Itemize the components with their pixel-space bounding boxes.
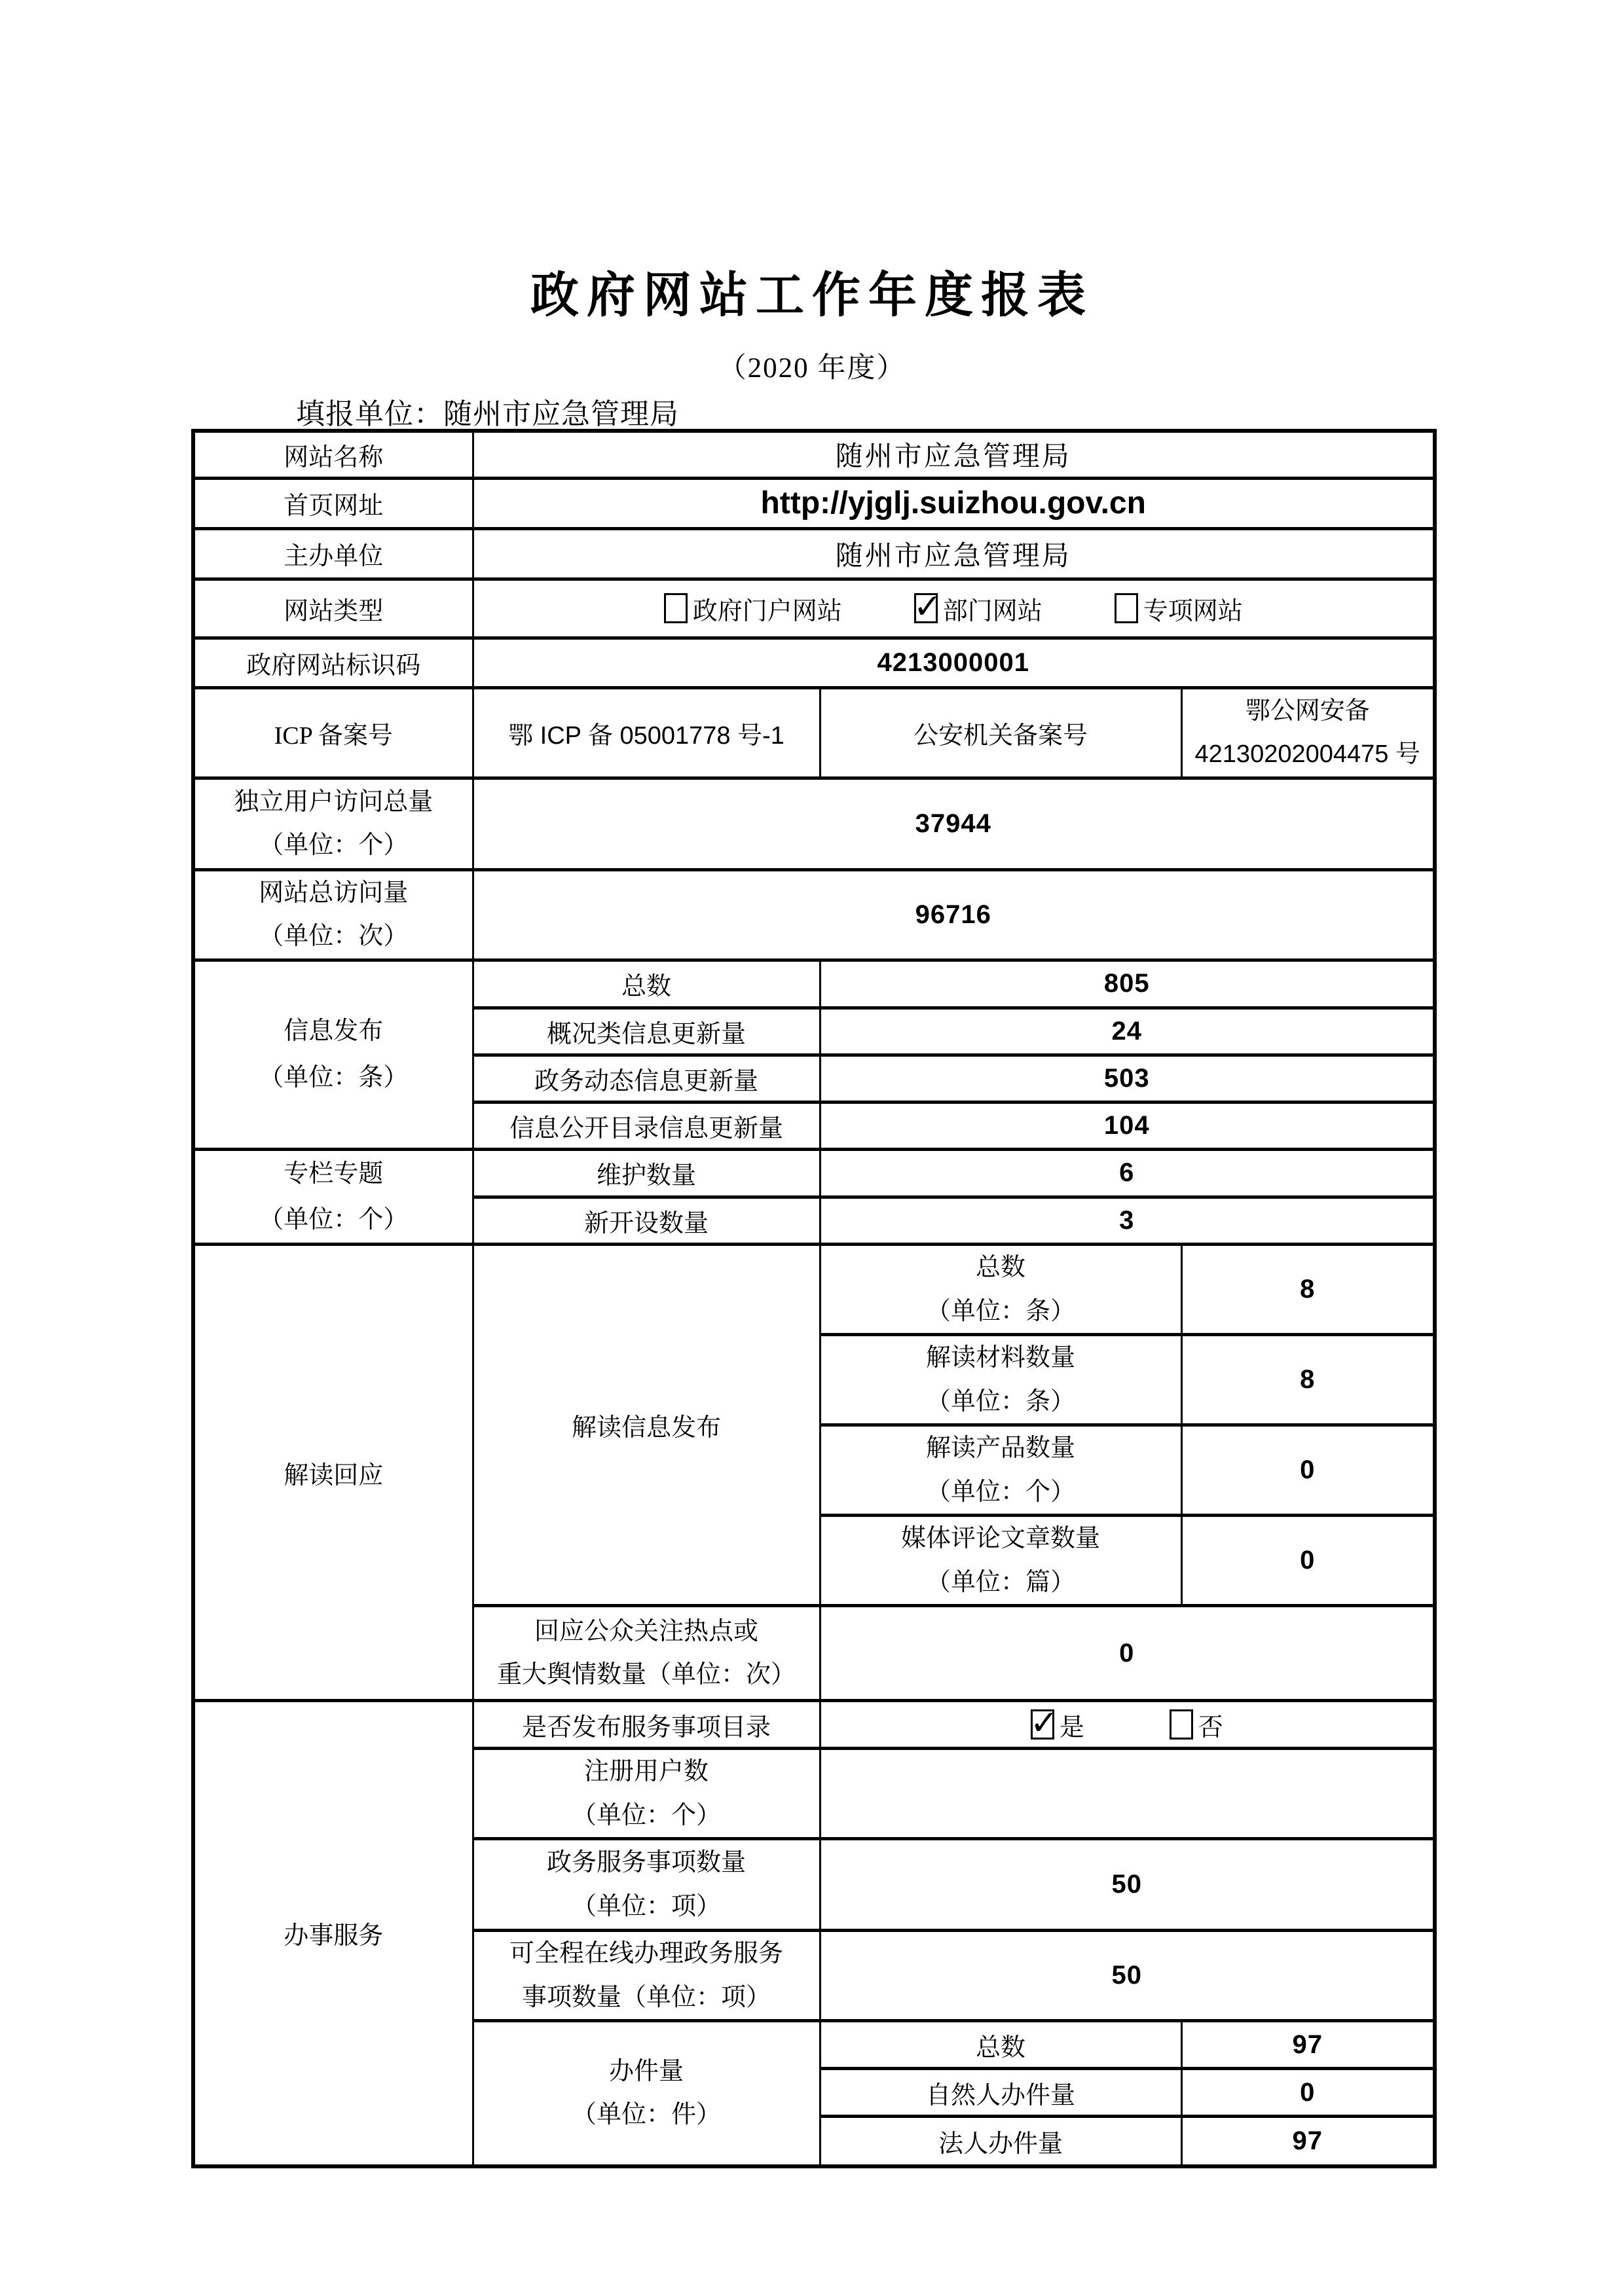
table-row: 信息发布 （单位：条） 总数 805: [193, 960, 1435, 1008]
checkbox-checked-icon: [1031, 1709, 1054, 1740]
reporting-unit-line: 填报单位：随州市应急管理局: [296, 390, 679, 432]
total-visits-label-line2: （单位：次）: [199, 915, 468, 958]
special-topics-group-line2: （单位：个）: [199, 1197, 468, 1243]
volume-row-value: 97: [1181, 2021, 1435, 2069]
registered-users-value: [820, 1749, 1435, 1839]
site-type-option-department: 部门网站: [914, 591, 1043, 627]
info-publish-row-label: 政务动态信息更新量: [473, 1055, 820, 1102]
interpretation-row-label-line2: （单位：个）: [825, 1470, 1177, 1514]
interpretation-row-label: 媒体评论文章数量 （单位：篇）: [820, 1516, 1181, 1606]
volume-group-label-line2: （单位：件）: [478, 2093, 815, 2137]
table-row: 网站类型 政府门户网站 部门网站 专项网站: [193, 579, 1435, 638]
table-row: 网站总访问量 （单位：次） 96716: [193, 869, 1435, 960]
table-row: 政府网站标识码 4213000001: [193, 638, 1435, 687]
catalog-option-label: 否: [1198, 1707, 1223, 1743]
table-row: 解读回应 解读信息发布 总数 （单位：条） 8: [193, 1245, 1435, 1335]
site-type-option-label: 专项网站: [1143, 591, 1243, 627]
info-publish-row-value: 104: [820, 1102, 1435, 1149]
special-topics-row-value: 3: [820, 1197, 1435, 1244]
registered-users-label-line2: （单位：个）: [478, 1794, 815, 1838]
interpretation-row-value: 0: [1181, 1425, 1435, 1516]
info-publish-row-value: 503: [820, 1055, 1435, 1102]
info-publish-row-value: 805: [820, 960, 1435, 1008]
icp-label: ICP 备案号: [193, 687, 473, 778]
organizer-label: 主办单位: [193, 528, 473, 579]
interpretation-publish-label: 解读信息发布: [473, 1245, 820, 1606]
interpretation-row-label-line2: （单位：条）: [825, 1290, 1177, 1334]
site-code-value: 4213000001: [473, 638, 1435, 687]
total-visits-value: 96716: [473, 869, 1435, 960]
table-row: 办事服务 是否发布服务事项目录 是 否: [193, 1701, 1435, 1749]
site-type-option-label: 部门网站: [943, 591, 1043, 627]
service-items-value: 50: [820, 1839, 1435, 1931]
unique-visitors-value: 37944: [473, 778, 1435, 869]
registered-users-label-line1: 注册用户数: [478, 1750, 815, 1794]
info-publish-group-line2: （单位：条）: [199, 1055, 468, 1101]
site-type-option-label: 政府门户网站: [693, 591, 842, 627]
page-title: 政府网站工作年度报表: [0, 257, 1624, 326]
checkbox-unchecked-icon: [664, 593, 688, 623]
unique-visitors-label-line2: （单位：个）: [199, 824, 468, 867]
service-items-label: 政务服务事项数量 （单位：项）: [473, 1839, 820, 1931]
special-topics-group-label: 专栏专题 （单位：个）: [193, 1149, 473, 1245]
special-topics-row-value: 6: [820, 1149, 1435, 1197]
response-hotspot-label-line1: 回应公众关注热点或: [478, 1610, 815, 1654]
site-type-option-special: 专项网站: [1115, 591, 1243, 627]
response-hotspot-value: 0: [820, 1606, 1435, 1701]
site-type-label: 网站类型: [193, 579, 473, 638]
interpretation-row-label-line2: （单位：篇）: [825, 1561, 1177, 1605]
interpretation-row-label-line1: 解读材料数量: [825, 1336, 1177, 1380]
icp-value: 鄂 ICP 备 05001778 号-1: [473, 687, 820, 778]
response-hotspot-label-line2: 重大舆情数量（单位：次）: [478, 1653, 815, 1697]
interpretation-row-label-line2: （单位：条）: [825, 1380, 1177, 1424]
info-publish-row-label: 信息公开目录信息更新量: [473, 1102, 820, 1149]
total-visits-label-line1: 网站总访问量: [199, 871, 468, 915]
info-publish-row-label: 总数: [473, 960, 820, 1008]
volume-group-label: 办件量 （单位：件）: [473, 2021, 820, 2166]
online-items-label: 可全程在线办理政务服务 事项数量（单位：项）: [473, 1931, 820, 2021]
volume-row-value: 97: [1181, 2117, 1435, 2166]
site-type-option-portal: 政府门户网站: [664, 591, 842, 627]
document-page: 政府网站工作年度报表 （2020 年度） 填报单位：随州市应急管理局 网站名称 …: [0, 0, 1624, 2296]
volume-row-value: 0: [1181, 2069, 1435, 2117]
interpretation-row-label-line1: 媒体评论文章数量: [825, 1517, 1177, 1561]
table-row: 专栏专题 （单位：个） 维护数量 6: [193, 1149, 1435, 1197]
unique-visitors-label-line1: 独立用户访问总量: [199, 780, 468, 824]
table-row: 独立用户访问总量 （单位：个） 37944: [193, 778, 1435, 869]
catalog-option-no: 否: [1170, 1707, 1223, 1743]
site-type-options-cell: 政府门户网站 部门网站 专项网站: [473, 579, 1435, 638]
catalog-option-label: 是: [1060, 1707, 1084, 1743]
service-catalog-options-cell: 是 否: [820, 1701, 1435, 1749]
volume-row-label: 总数: [820, 2021, 1181, 2069]
service-items-label-line1: 政务服务事项数量: [478, 1841, 815, 1885]
police-record-label: 公安机关备案号: [820, 687, 1181, 778]
service-items-label-line2: （单位：项）: [478, 1885, 815, 1929]
special-topics-group-line1: 专栏专题: [199, 1151, 468, 1197]
checkbox-unchecked-icon: [1170, 1709, 1193, 1740]
special-topics-row-label: 维护数量: [473, 1149, 820, 1197]
service-catalog-label: 是否发布服务事项目录: [473, 1701, 820, 1749]
online-items-label-line2: 事项数量（单位：项）: [478, 1976, 815, 2020]
checkbox-checked-icon: [914, 593, 938, 623]
home-url-label: 首页网址: [193, 478, 473, 528]
police-record-line1: 鄂公网安备: [1187, 689, 1430, 733]
page-subtitle: （2020 年度）: [0, 346, 1624, 386]
service-catalog-options: 是 否: [825, 1707, 1430, 1743]
police-record-value: 鄂公网安备 42130202004475 号: [1181, 687, 1435, 778]
table-row: 主办单位 随州市应急管理局: [193, 528, 1435, 579]
interpretation-row-label: 解读材料数量 （单位：条）: [820, 1335, 1181, 1425]
interpretation-group-label: 解读回应: [193, 1245, 473, 1701]
site-code-label: 政府网站标识码: [193, 638, 473, 687]
catalog-option-yes: 是: [1031, 1707, 1084, 1743]
interpretation-row-label-line1: 总数: [825, 1246, 1177, 1290]
info-publish-group-label: 信息发布 （单位：条）: [193, 960, 473, 1149]
table-row: 网站名称 随州市应急管理局: [193, 431, 1435, 478]
special-topics-row-label: 新开设数量: [473, 1197, 820, 1244]
info-publish-group-line1: 信息发布: [199, 1008, 468, 1054]
table-row: ICP 备案号 鄂 ICP 备 05001778 号-1 公安机关备案号 鄂公网…: [193, 687, 1435, 778]
info-publish-row-label: 概况类信息更新量: [473, 1008, 820, 1055]
annual-report-table: 网站名称 随州市应急管理局 首页网址 http://yjglj.suizhou.…: [191, 429, 1437, 2168]
info-publish-row-value: 24: [820, 1008, 1435, 1055]
police-record-line2: 42130202004475 号: [1187, 733, 1430, 776]
table-row: 首页网址 http://yjglj.suizhou.gov.cn: [193, 478, 1435, 528]
interpretation-row-value: 0: [1181, 1516, 1435, 1606]
interpretation-row-label: 总数 （单位：条）: [820, 1245, 1181, 1335]
interpretation-row-value: 8: [1181, 1335, 1435, 1425]
volume-group-label-line1: 办件量: [478, 2050, 815, 2094]
home-url-value: http://yjglj.suizhou.gov.cn: [473, 478, 1435, 528]
interpretation-row-label: 解读产品数量 （单位：个）: [820, 1425, 1181, 1516]
services-group-label: 办事服务: [193, 1701, 473, 2166]
online-items-value: 50: [820, 1931, 1435, 2021]
volume-row-label: 自然人办件量: [820, 2069, 1181, 2117]
site-name-value: 随州市应急管理局: [473, 431, 1435, 478]
interpretation-row-label-line1: 解读产品数量: [825, 1427, 1177, 1470]
response-hotspot-label: 回应公众关注热点或 重大舆情数量（单位：次）: [473, 1606, 820, 1701]
organizer-value: 随州市应急管理局: [473, 528, 1435, 579]
total-visits-label: 网站总访问量 （单位：次）: [193, 869, 473, 960]
checkbox-unchecked-icon: [1115, 593, 1138, 623]
registered-users-label: 注册用户数 （单位：个）: [473, 1749, 820, 1839]
site-type-options: 政府门户网站 部门网站 专项网站: [478, 591, 1430, 627]
volume-row-label: 法人办件量: [820, 2117, 1181, 2166]
unique-visitors-label: 独立用户访问总量 （单位：个）: [193, 778, 473, 869]
site-name-label: 网站名称: [193, 431, 473, 478]
online-items-label-line1: 可全程在线办理政务服务: [478, 1932, 815, 1976]
interpretation-row-value: 8: [1181, 1245, 1435, 1335]
